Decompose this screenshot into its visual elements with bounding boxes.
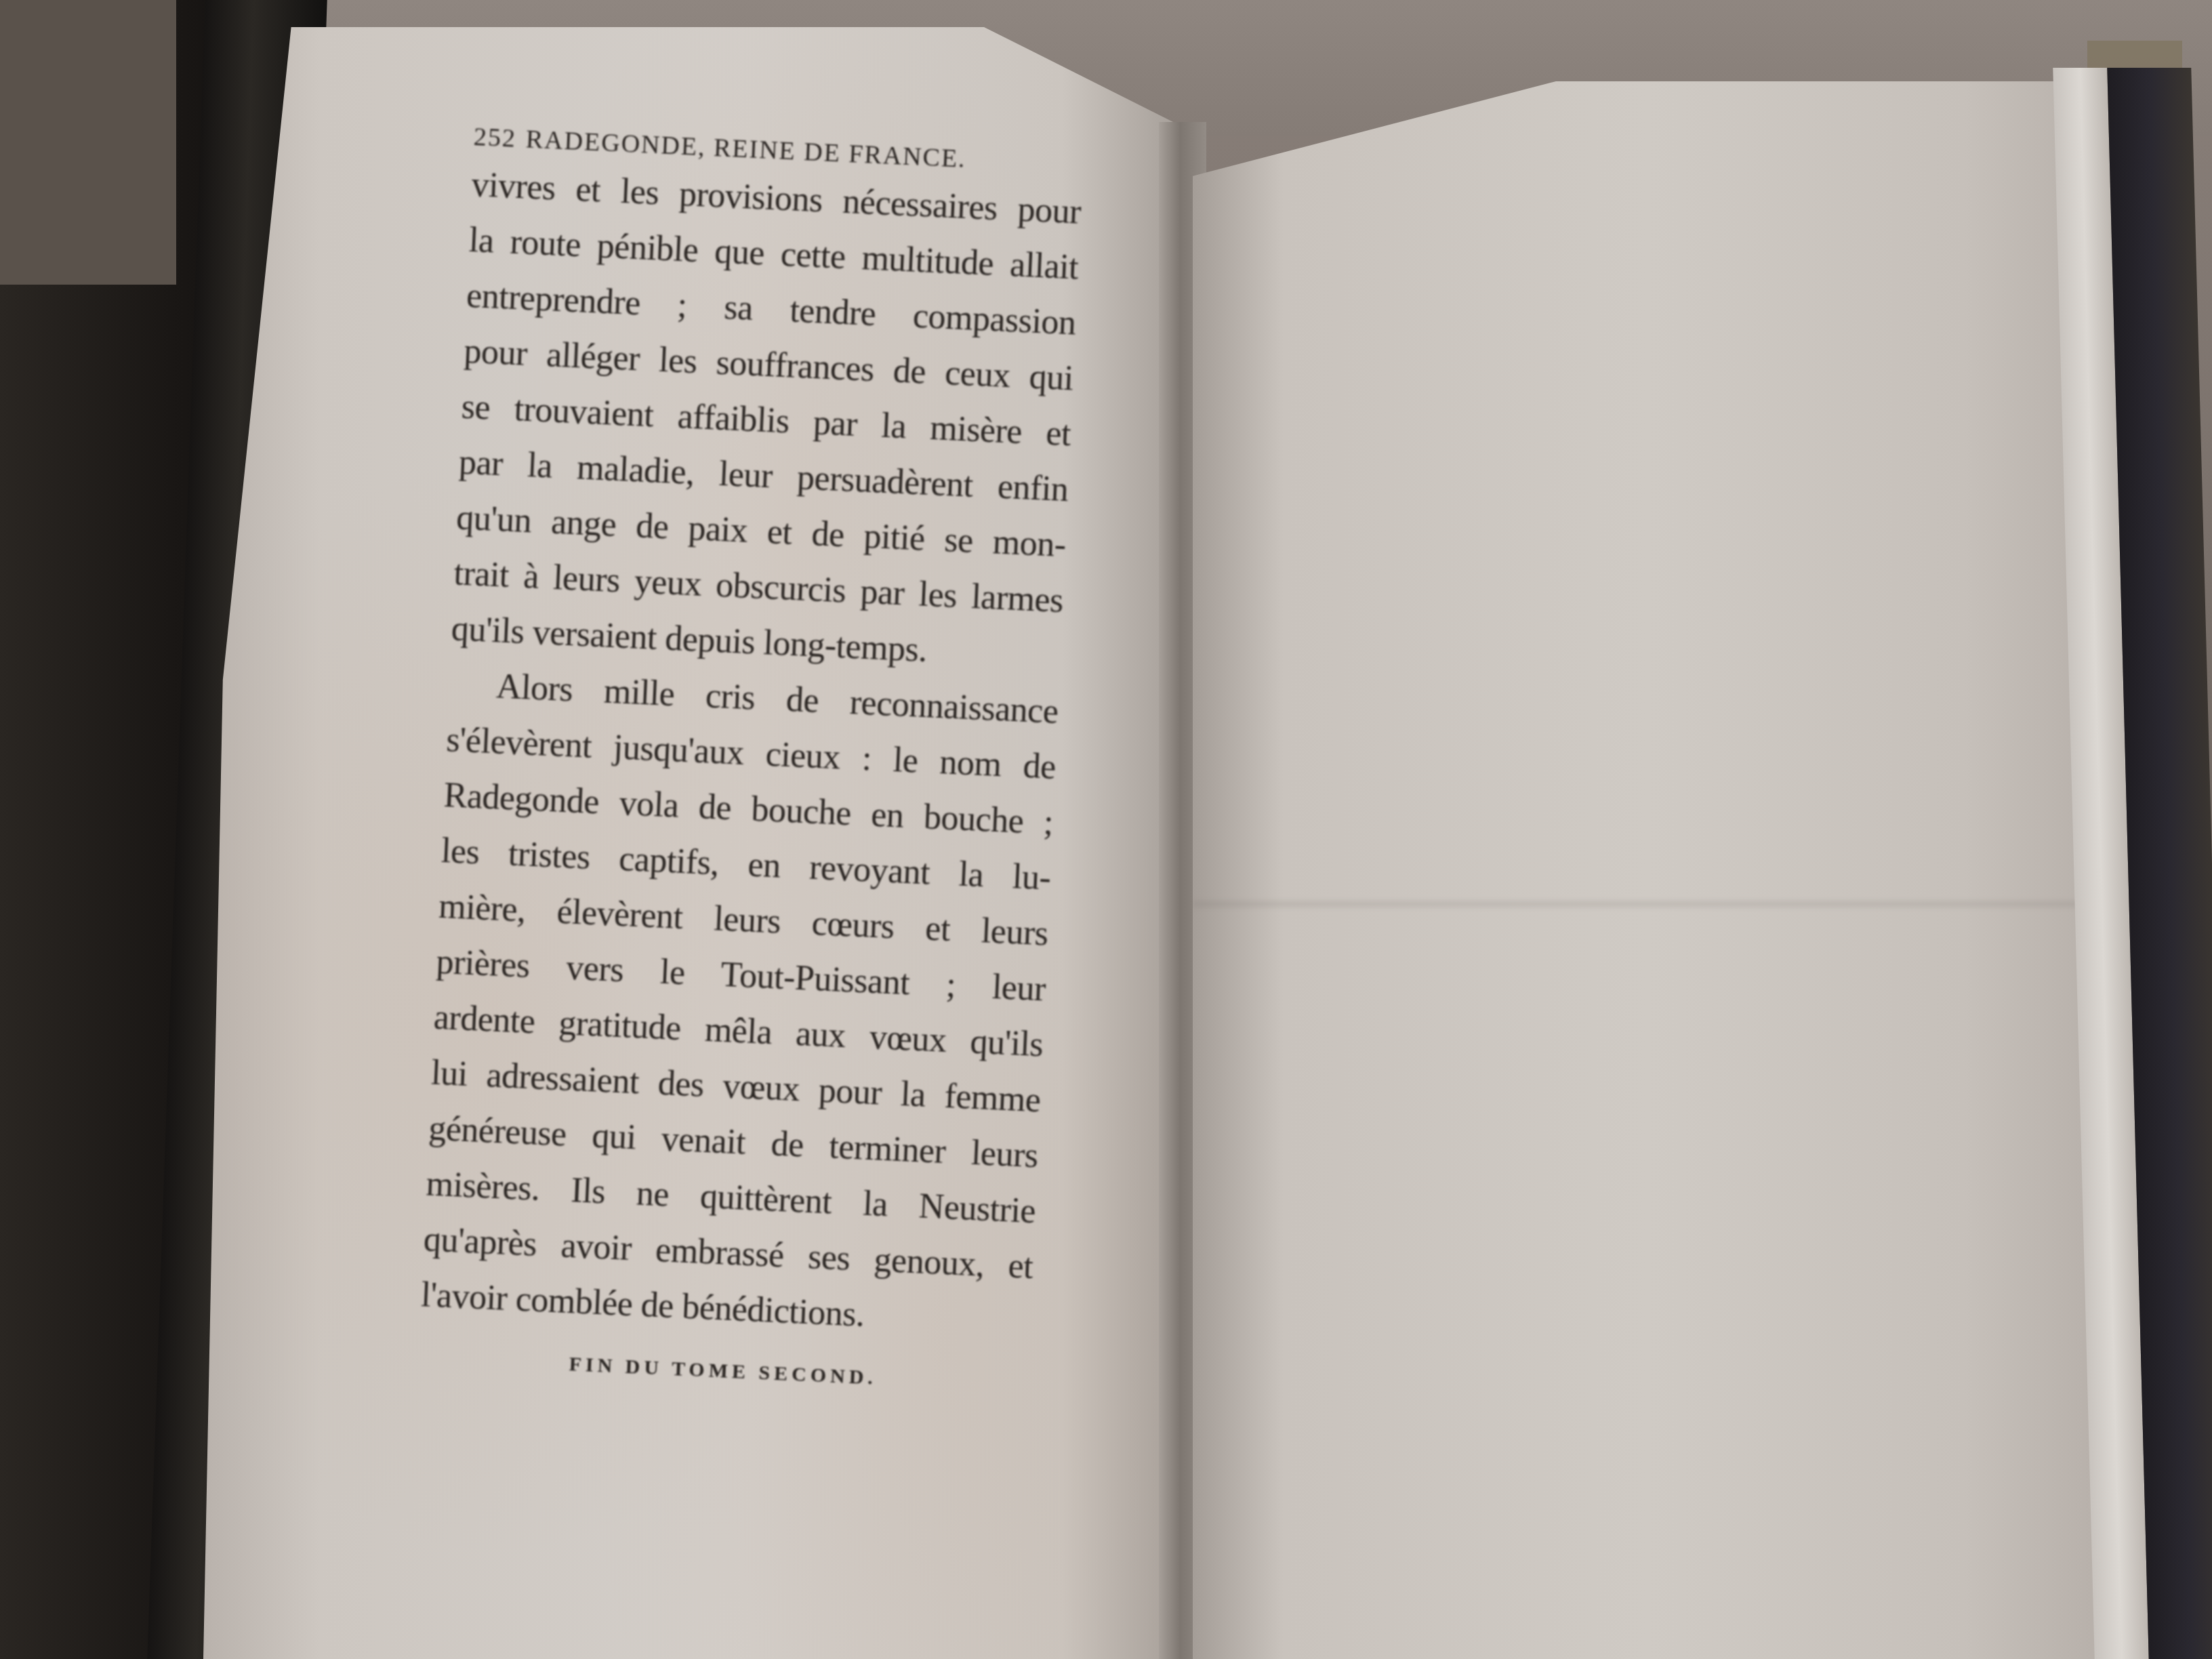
page-text-block: 252 RADEGONDE, REINE DE FRANCE. vivres e… bbox=[417, 122, 1084, 1397]
page-number: 252 bbox=[473, 122, 517, 154]
background-shelf bbox=[0, 0, 176, 285]
right-page-blank bbox=[1193, 81, 2101, 1659]
photo-scene: 252 RADEGONDE, REINE DE FRANCE. vivres e… bbox=[0, 0, 2212, 1659]
